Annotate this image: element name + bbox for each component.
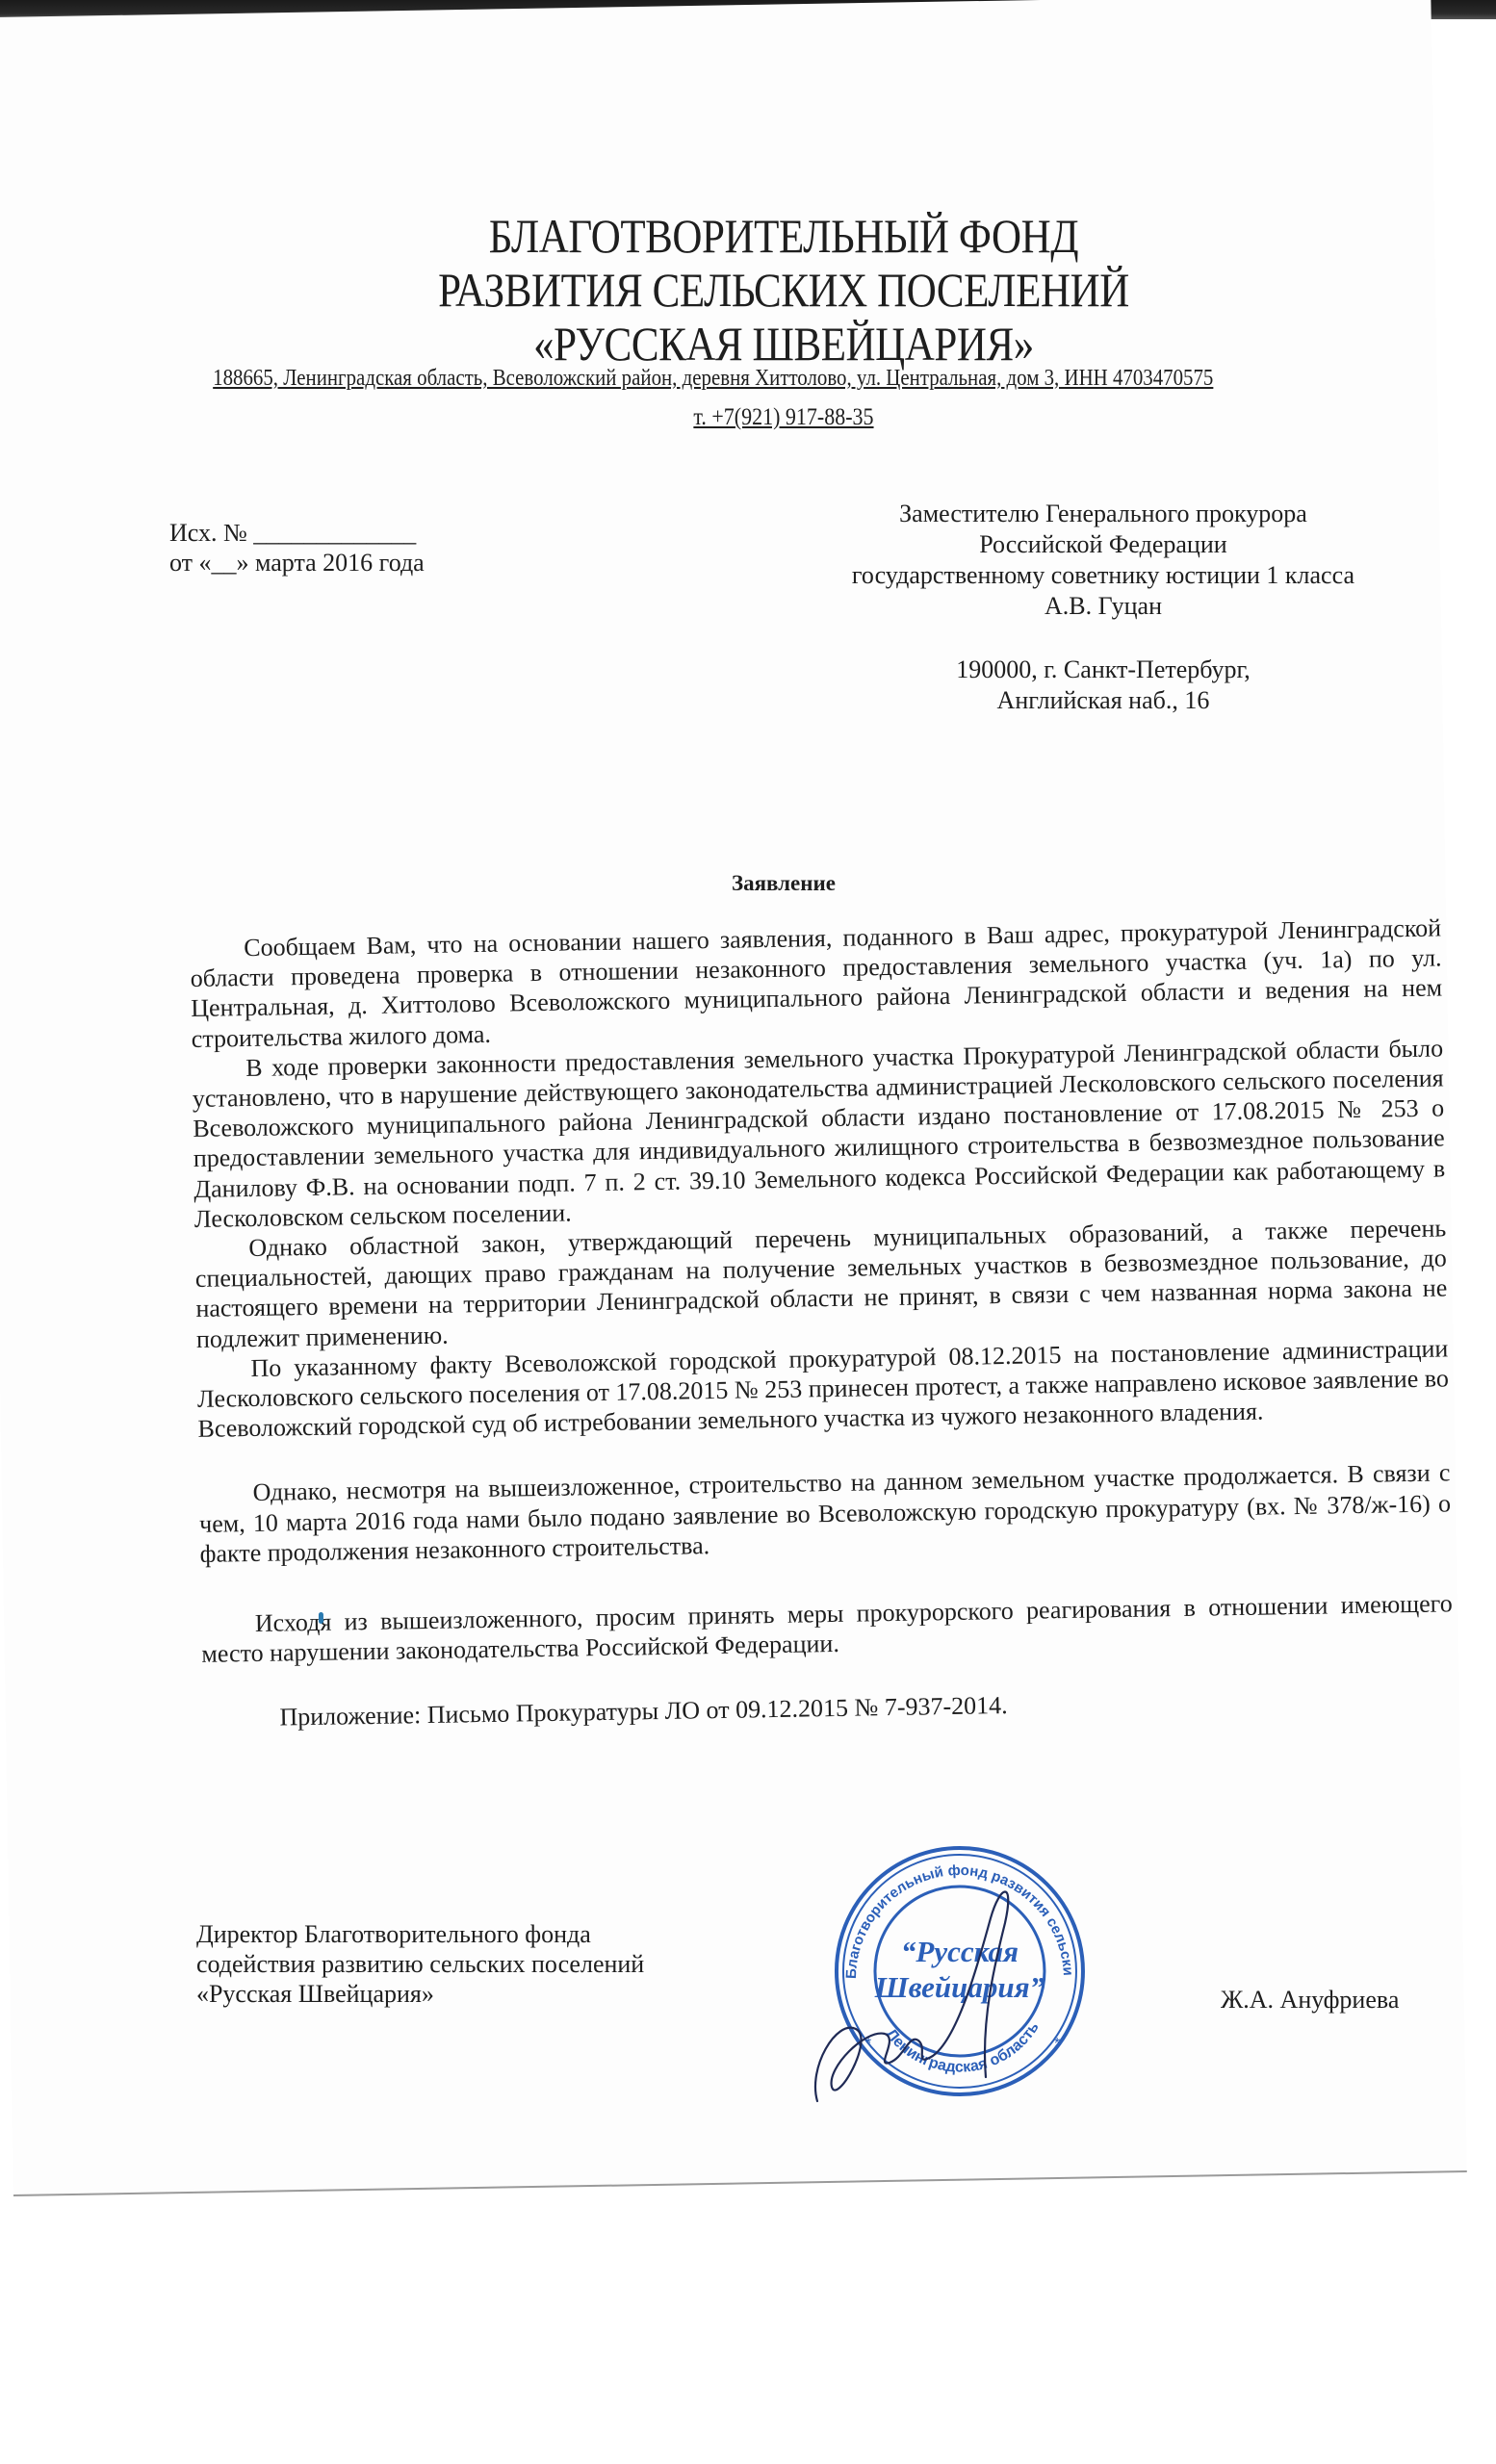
addressee-address-1: 190000, г. Санкт-Петербург, [795,654,1411,685]
outgoing-date: от «__» марта 2016 года [169,548,425,577]
outgoing-number: Исх. № _____________ [169,518,425,548]
document-body: Сообщаем Вам, что на основании нашего за… [190,912,1455,1733]
addressee-line-3: государственному советнику юстиции 1 кла… [795,560,1411,591]
signer-title-line-1: Директор Благотворительного фонда [196,1919,644,1949]
letterhead-line-2: РАЗВИТИЯ СЕЛЬСКИХ ПОСЕЛЕНИЙ [121,266,1446,314]
paragraph-6: Исходя из вышеизложенного, просим принят… [201,1588,1454,1669]
document-title: Заявление [13,871,1496,896]
letterhead-phone: т. +7(921) 917-88-35 [106,404,1461,431]
letterhead-line-3: «РУССКАЯ ШВЕЙЦАРИЯ» [121,320,1446,368]
paragraph-2: В ходе проверки законности предоставлени… [192,1033,1446,1234]
signer-title-line-3: «Русская Швейцария» [196,1979,644,2009]
stamp-center-line-2: Швейцария” [874,1970,1045,2004]
letterhead-line-1: БЛАГОТВОРИТЕЛЬНЫЙ ФОНД [121,212,1446,260]
signer-title: Директор Благотворительного фонда содейс… [196,1919,644,2009]
signer-title-line-2: содействия развитию сельских поселений [196,1949,644,1979]
addressee-line-2: Российской Федерации [795,529,1411,560]
addressee-block: Заместителю Генерального прокурора Росси… [795,499,1411,716]
addressee-address-2: Английская наб., 16 [795,685,1411,716]
paragraph-1: Сообщаем Вам, что на основании нашего за… [190,912,1443,1053]
ink-mark [319,1612,323,1624]
outgoing-reference: Исх. № _____________ от «__» марта 2016 … [169,518,425,577]
svg-text:*: * [1054,2036,1060,2052]
letterhead-address: 188665, Ленинградская область, Всеволожс… [177,366,1250,392]
paragraph-5: Однако, несмотря на вышеизложенное, стро… [198,1458,1451,1569]
document-page: БЛАГОТВОРИТЕЛЬНЫЙ ФОНД РАЗВИТИЯ СЕЛЬСКИХ… [0,0,1467,2196]
organization-stamp: Благотворительный фонд развития сельских… [798,1827,1116,2116]
signer-name: Ж.А. Ануфриева [1221,1986,1399,2015]
paragraph-3: Однако областной закон, утверждающий пер… [194,1213,1448,1353]
addressee-name: А.В. Гуцан [795,591,1411,622]
addressee-line-1: Заместителю Генерального прокурора [795,499,1411,529]
appendix-line: Приложение: Письмо Прокуратуры ЛО от 09.… [202,1683,1454,1734]
